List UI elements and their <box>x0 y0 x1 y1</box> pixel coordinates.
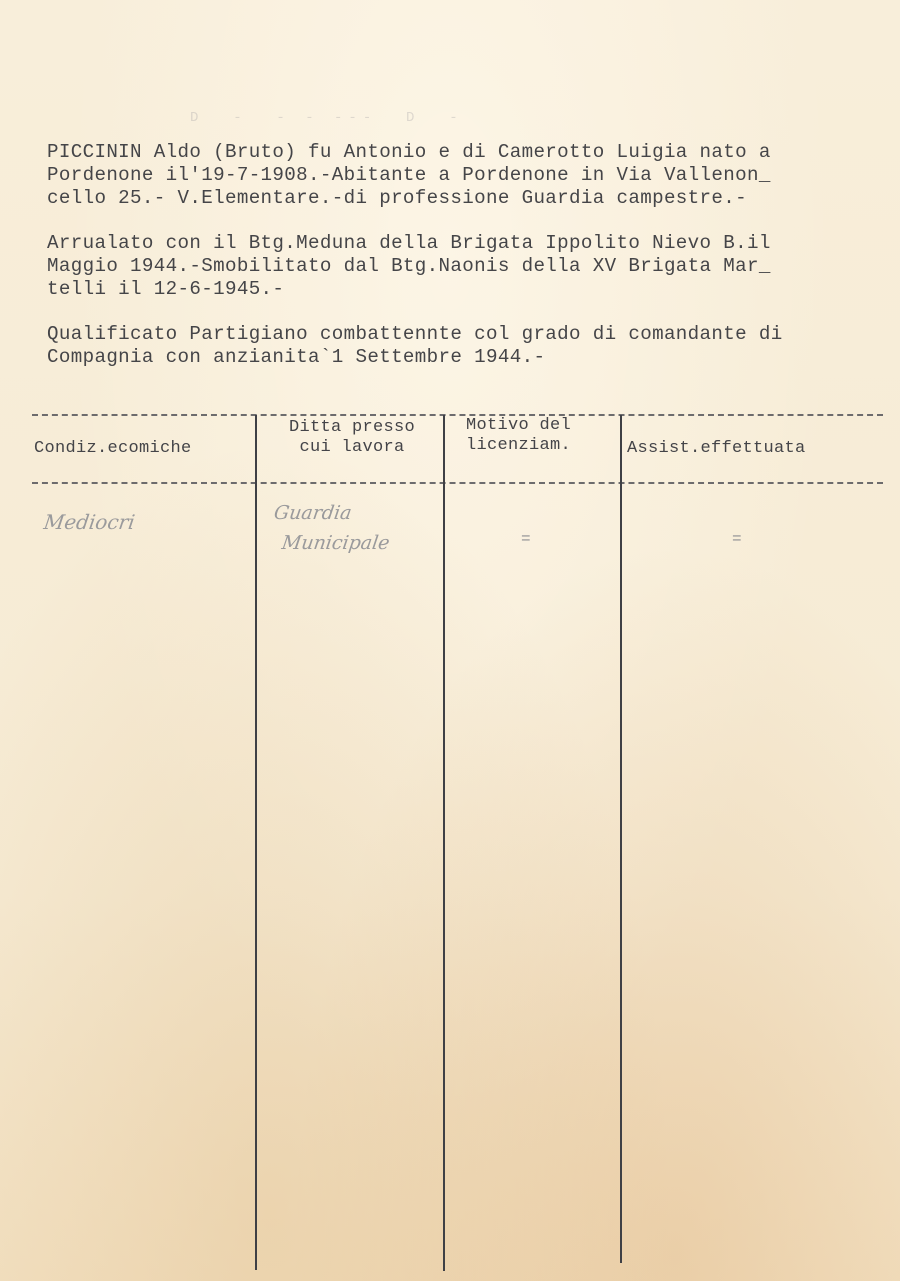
cell-economic-conditions: Mediocri <box>42 510 136 534</box>
column-header-economic-conditions: Condiz.ecomiche <box>34 439 192 459</box>
cell-employer: Guardia Municipale <box>268 498 396 558</box>
column-divider-2 <box>443 415 445 1271</box>
column-header-assistance: Assist.effettuata <box>627 439 806 459</box>
table-top-rule <box>32 414 883 416</box>
service-line-2: Maggio 1944.-Smobilitato dal Btg.Naonis … <box>47 255 771 278</box>
faint-header-impression: D - - - --- D - <box>190 110 464 126</box>
qualification-line-1: Qualificato Partigiano combattennte col … <box>47 323 783 346</box>
service-line-1: Arrualato con il Btg.Meduna della Brigat… <box>47 232 771 255</box>
identity-line-2: Pordenone il'19-7-1908.-Abitante a Porde… <box>47 164 771 187</box>
column-divider-1 <box>255 415 257 1270</box>
service-line-3: telli il 12-6-1945.- <box>47 278 284 301</box>
cell-assistance: = <box>732 530 742 548</box>
identity-line-1: PICCININ Aldo (Bruto) fu Antonio e di Ca… <box>47 141 771 164</box>
column-header-dismissal-reason: Motivo del licenziam. <box>466 416 571 456</box>
table-header-bottom-rule <box>32 482 883 484</box>
identity-line-3: cello 25.- V.Elementare.-di professione … <box>47 187 747 210</box>
cell-dismissal-reason: = <box>521 530 531 548</box>
column-header-employer: Ditta presso cui lavora <box>262 418 442 458</box>
column-divider-3 <box>620 415 622 1263</box>
qualification-line-2: Compagnia con anzianita`1 Settembre 1944… <box>47 346 545 369</box>
